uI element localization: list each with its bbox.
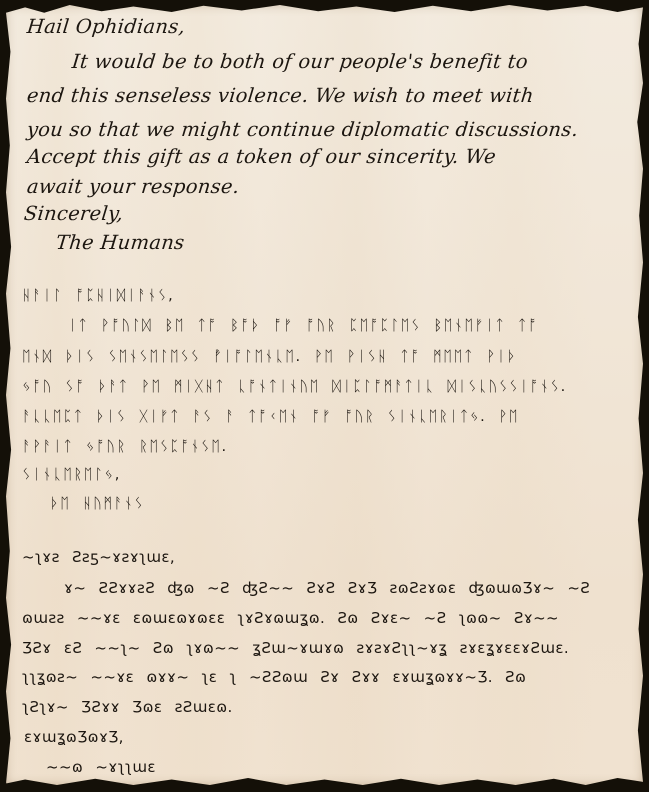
serpentine-body-line: ʅʅʓɷƨ~ ~~ɤɛ ɷɤɤ~ ʅɛ ʅ ~ƧƧɷɯ Ƨɤ Ƨɤɤ ɛɤɯʓɷ…: [22, 668, 526, 686]
runic-signature: ᚦᛖ ᚺᚢᛗᚨᚾᛊ: [50, 496, 145, 512]
serpentine-body-line: ɤ~ ƧƧɤɤƨƧ ʤɷ ~Ƨ ʤƧ~~ ƧɤƧ ƧɤƷ ƨɷƧƨɤɷɛ ʤɷɯ…: [64, 579, 590, 597]
runic-body-line: ᛁᛏ ᚹᚩᚢᛚᛞ ᛒᛖ ᛏᚩ ᛒᚩᚦ ᚩᚠ ᚩᚢᚱ ᛈᛖᚩᛈᛚᛖᛊ ᛒᛖᚾᛖᚠᛁ…: [68, 318, 538, 334]
serpentine-body-line: ƷƧɤ ɛƧ ~~ʅ~ Ƨɷ ʅɤɷ~~ ʓƧɯ~ɤɯɤɷ ƨɤƨɤƧʅʅ~ɤʓ…: [22, 639, 569, 657]
english-body-line: end this senseless violence. We wish to …: [26, 84, 535, 107]
serpentine-closing: ɛɤɯʓɷƷɷɤƷ,: [24, 728, 124, 746]
serpentine-signature: ~~ɷ ~ɤʅʅɯɛ: [46, 758, 156, 776]
runic-body-line: ᚨᚹᚨᛁᛏ ᛃᚩᚢᚱ ᚱᛖᛊᛈᚩᚾᛊᛖ.: [22, 439, 228, 455]
english-closing: Sincerely,: [23, 202, 125, 225]
runic-body-line: ᛃᚩᚢ ᛊᚩ ᚦᚨᛏ ᚹᛖ ᛗᛁᚷᚺᛏ ᚳᚩᚾᛏᛁᚾᚢᛖ ᛞᛁᛈᛚᚩᛗᚨᛏᛁᚳ …: [22, 379, 567, 395]
runic-closing: ᛊᛁᚾᚳᛖᚱᛖᛚᛃ,: [22, 467, 121, 483]
english-salutation: Hail Ophidians,: [26, 15, 187, 38]
serpentine-body-line: ʅƧʅɤ~ ƷƧɤɤ Ʒɷɛ ƨƧɯɛɷ.: [22, 698, 233, 716]
runic-salutation: ᚺᚨᛁᛚ ᚩᛈᚺᛁᛞᛁᚨᚾᛊ,: [22, 288, 174, 304]
parchment-letter: Hail Ophidians, It would be to both of o…: [6, 5, 643, 785]
runic-body-line: ᛖᚾᛞ ᚦᛁᛊ ᛊᛖᚾᛊᛖᛚᛖᛊᛊ ᚡᛁᚩᛚᛖᚾᚳᛖ. ᚹᛖ ᚹᛁᛊᚺ ᛏᚩ ᛗ…: [22, 349, 517, 365]
serpentine-body-line: ɷɯƨƨ ~~ɤɛ ɛɷɯɛɷɤɷɛɛ ʅɤƧɤɷɯʓɷ. Ƨɷ Ƨɤɛ~ ~Ƨ…: [22, 609, 559, 627]
runic-body-line: ᚨᚳᚳᛖᛈᛏ ᚦᛁᛊ ᚷᛁᚠᛏ ᚨᛊ ᚨ ᛏᚩᚲᛖᚾ ᚩᚠ ᚩᚢᚱ ᛊᛁᚾᚳᛖᚱ…: [22, 409, 519, 425]
english-body-line: Accept this gift as a token of our since…: [26, 145, 497, 168]
serpentine-salutation: ~ʅɤƨ Ƨƨƽ~ɤƨɤʅɯɛ,: [22, 548, 175, 566]
english-body-line: await your response.: [26, 175, 241, 198]
english-body-line: you so that we might continue diplomatic…: [26, 118, 580, 141]
english-signature: The Humans: [55, 231, 186, 254]
english-body-line: It would be to both of our people's bene…: [71, 50, 529, 73]
